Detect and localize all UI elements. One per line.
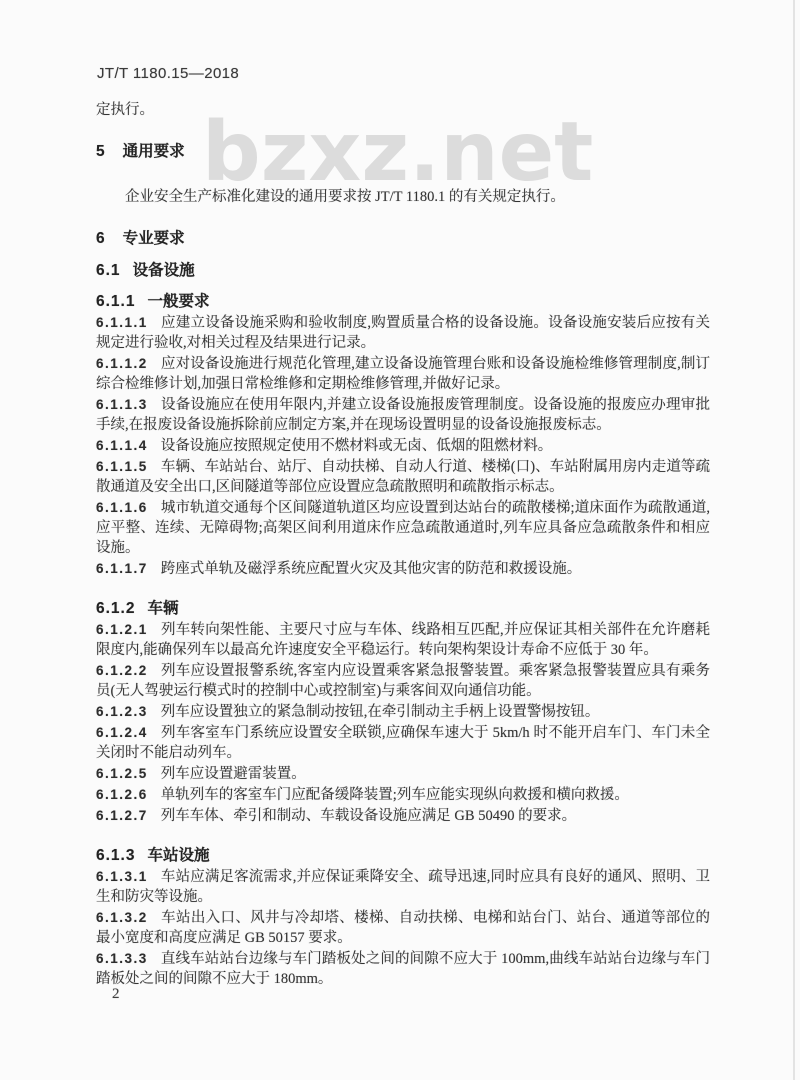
page-number: 2: [112, 986, 120, 1003]
clause-paragraph: 6.1.1.3设备设施应在使用年限内,并建立设备设施报废管理制度。设备设施的报废…: [96, 395, 710, 435]
clause-paragraph: 6.1.2.3列车应设置独立的紧急制动按钮,在牵引制动主手柄上设置警惕按钮。: [96, 702, 710, 722]
subsubsection-heading: 6.1.1一般要求: [96, 292, 710, 312]
clause-text: 跨座式单轨及磁浮系统应配置火灾及其他灾害的防范和救援设施。: [161, 561, 582, 577]
section-heading: 5通用要求: [96, 142, 710, 162]
section-heading: 6专业要求: [96, 229, 710, 249]
clause-paragraph: 6.1.1.4设备设施应按照规定使用不燃材料或无卤、低烟的阻燃材料。: [96, 436, 710, 456]
clause-paragraph: 6.1.3.1车站应满足客流需求,并应保证乘降安全、疏导迅速,同时应具有良好的通…: [96, 867, 710, 907]
clause-paragraph: 6.1.1.2应对设备设施进行规范化管理,建立设备设施管理台账和设备设施检维修管…: [96, 354, 710, 394]
clause-number: 6.1.2.2: [96, 663, 148, 678]
clause-text: 车辆、车站站台、站厅、自动扶梯、自动人行道、楼梯(口)、车站附属用房内走道等疏散…: [96, 459, 710, 495]
clause-number: 6.1.3.2: [96, 910, 148, 925]
clause-paragraph: 6.1.2.5列车应设置避雷装置。: [96, 764, 710, 784]
document-body: 定执行。5通用要求企业安全生产标准化建设的通用要求按 JT/T 1180.1 的…: [96, 0, 710, 989]
clause-number: 6.1.1.1: [96, 315, 148, 330]
clause-text: 列车应设置报警系统,客室内应设置乘客紧急报警装置。乘客紧急报警装置应具有乘务员(…: [96, 663, 710, 699]
clause-number: 6.1.2.7: [96, 808, 148, 823]
clause-text: 直线车站站台边缘与车门踏板处之间的间隙不应大于 100mm,曲线车站站台边缘与车…: [96, 951, 710, 987]
document-page: bzxz.net JT/T 1180.15—2018 定执行。5通用要求企业安全…: [0, 0, 800, 1080]
clause-number: 6.1.1.6: [96, 500, 148, 515]
clause-text: 列车应设置独立的紧急制动按钮,在牵引制动主手柄上设置警惕按钮。: [161, 704, 600, 720]
clause-text: 单轨列车的客室车门应配备缓降装置;列车应能实现纵向救援和横向救援。: [161, 787, 629, 803]
clause-text: 列车客室车门系统应设置安全联锁,应确保车速大于 5km/h 时不能开启车门、车门…: [96, 725, 710, 761]
clause-text: 设备设施应按照规定使用不燃材料或无卤、低烟的阻燃材料。: [161, 438, 553, 454]
heading-title: 车站设施: [147, 847, 209, 864]
clause-paragraph: 6.1.1.5车辆、车站站台、站厅、自动扶梯、自动人行道、楼梯(口)、车站附属用…: [96, 457, 710, 497]
clause-paragraph: 6.1.2.7列车车体、牵引和制动、车载设备设施应满足 GB 50490 的要求…: [96, 806, 710, 826]
clause-number: 6.1.2.4: [96, 725, 148, 740]
heading-title: 车辆: [147, 600, 178, 617]
clause-text: 城市轨道交通每个区间隧道轨道区均应设置到达站台的疏散楼梯;道床面作为疏散通道,应…: [96, 500, 710, 556]
clause-number: 6.1.1.3: [96, 397, 148, 412]
heading-title: 专业要求: [123, 230, 185, 247]
subsection-heading: 6.1设备设施: [96, 261, 710, 281]
clause-paragraph: 6.1.2.4列车客室车门系统应设置安全联锁,应确保车速大于 5km/h 时不能…: [96, 723, 710, 763]
heading-number: 6.1: [96, 262, 121, 279]
clause-text: 列车转向架性能、主要尺寸应与车体、线路相互匹配,并应保证其相关部件在允许磨耗限度…: [96, 622, 710, 658]
clause-paragraph: 6.1.1.7跨座式单轨及磁浮系统应配置火灾及其他灾害的防范和救援设施。: [96, 559, 710, 579]
clause-paragraph: 6.1.3.2车站出入口、风井与冷却塔、楼梯、自动扶梯、电梯和站台门、站台、通道…: [96, 908, 710, 948]
clause-number: 6.1.1.2: [96, 356, 148, 371]
clause-paragraph: 6.1.2.2列车应设置报警系统,客室内应设置乘客紧急报警装置。乘客紧急报警装置…: [96, 661, 710, 701]
clause-number: 6.1.3.1: [96, 869, 148, 884]
clause-text: 列车车体、牵引和制动、车载设备设施应满足 GB 50490 的要求。: [161, 808, 576, 824]
clause-paragraph: 6.1.3.3直线车站站台边缘与车门踏板处之间的间隙不应大于 100mm,曲线车…: [96, 949, 710, 989]
clause-text: 列车应设置避雷装置。: [161, 766, 306, 782]
clause-paragraph: 6.1.1.1应建立设备设施采购和验收制度,购置质量合格的设备设施。设备设施安装…: [96, 313, 710, 353]
clause-number: 6.1.1.7: [96, 561, 148, 576]
body-paragraph: 定执行。: [96, 100, 710, 120]
heading-number: 6.1.3: [96, 847, 135, 864]
clause-text: 应对设备设施进行规范化管理,建立设备设施管理台账和设备设施检维修管理制度,制订综…: [96, 356, 710, 392]
clause-number: 6.1.3.3: [96, 951, 148, 966]
heading-number: 6: [96, 230, 106, 247]
clause-text: 车站应满足客流需求,并应保证乘降安全、疏导迅速,同时应具有良好的通风、照明、卫生…: [96, 869, 710, 905]
heading-number: 6.1.1: [96, 293, 135, 310]
clause-text: 设备设施应在使用年限内,并建立设备设施报废管理制度。设备设施的报废应办理审批手续…: [96, 397, 710, 433]
clause-text: 车站出入口、风井与冷却塔、楼梯、自动扶梯、电梯和站台门、站台、通道等部位的最小宽…: [96, 910, 710, 946]
clause-paragraph: 6.1.1.6城市轨道交通每个区间隧道轨道区均应设置到达站台的疏散楼梯;道床面作…: [96, 498, 710, 558]
doc-number: JT/T 1180.15—2018: [97, 64, 239, 84]
body-paragraph: 企业安全生产标准化建设的通用要求按 JT/T 1180.1 的有关规定执行。: [96, 187, 710, 207]
heading-title: 通用要求: [123, 143, 185, 160]
clause-number: 6.1.2.5: [96, 766, 148, 781]
heading-title: 设备设施: [133, 262, 195, 279]
subsubsection-heading: 6.1.3车站设施: [96, 846, 710, 866]
subsubsection-heading: 6.1.2车辆: [96, 599, 710, 619]
clause-text: 应建立设备设施采购和验收制度,购置质量合格的设备设施。设备设施安装后应按有关规定…: [96, 315, 710, 351]
clause-number: 6.1.2.6: [96, 787, 148, 802]
scan-edge-line: [793, 0, 795, 1080]
clause-paragraph: 6.1.2.6单轨列车的客室车门应配备缓降装置;列车应能实现纵向救援和横向救援。: [96, 785, 710, 805]
heading-title: 一般要求: [147, 293, 209, 310]
clause-number: 6.1.1.5: [96, 459, 148, 474]
clause-number: 6.1.1.4: [96, 438, 148, 453]
clause-number: 6.1.2.3: [96, 704, 148, 719]
clause-paragraph: 6.1.2.1列车转向架性能、主要尺寸应与车体、线路相互匹配,并应保证其相关部件…: [96, 620, 710, 660]
clause-number: 6.1.2.1: [96, 622, 148, 637]
heading-number: 6.1.2: [96, 600, 135, 617]
heading-number: 5: [96, 143, 106, 160]
